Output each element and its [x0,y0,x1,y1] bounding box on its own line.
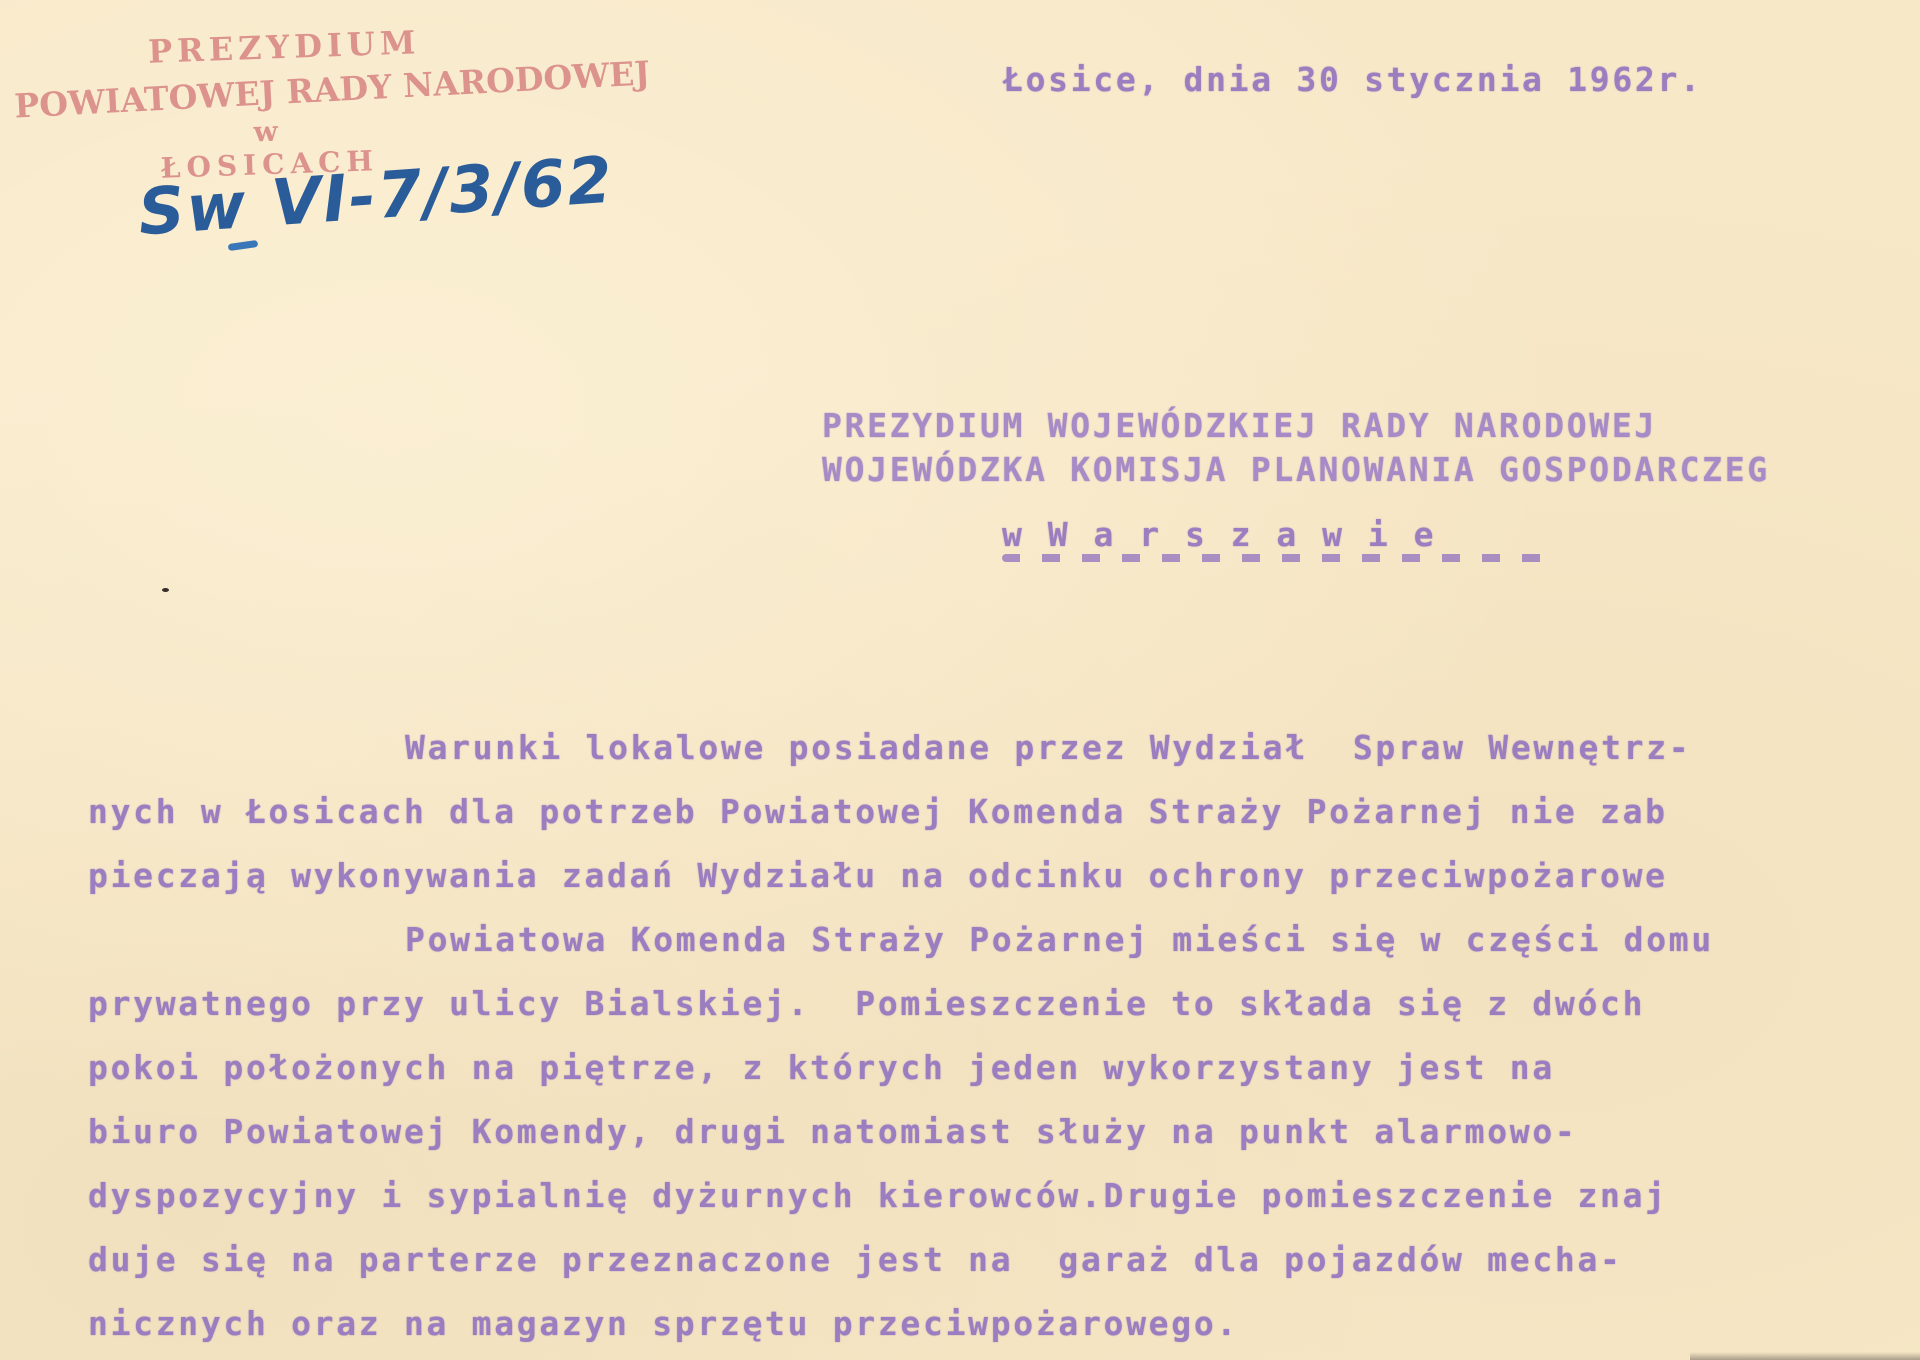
addressee-line-2: WOJEWÓDZKA KOMISJA PLANOWANIA GOSPODARCZ… [822,450,1770,489]
scanned-document-page: PREZYDIUM POWIATOWEJ RADY NARODOWEJ w ŁO… [0,0,1920,1360]
city-underline-dashes [1002,554,1557,562]
body-line: pokoi położonych na piętrze, z których j… [88,1048,1555,1087]
date-line: Łosice, dnia 30 stycznia 1962r. [1003,60,1703,99]
body-line: Powiatowa Komenda Straży Pożarnej mieści… [405,920,1714,959]
body-line: nych w Łosicach dla potrzeb Powiatowej K… [88,792,1668,831]
body-line: dyspozycyjny i sypialnię dyżurnych kiero… [88,1176,1668,1215]
body-line: pieczają wykonywania zadań Wydziału na o… [88,856,1668,895]
body-line: duje się na parterze przeznaczone jest n… [88,1240,1623,1279]
addressee-line-1: PREZYDIUM WOJEWÓDZKIEJ RADY NARODOWEJ [822,406,1657,445]
body-line: nicznych oraz na magazyn sprzętu przeciw… [88,1304,1239,1343]
body-line: prywatnego przy ulicy Bialskiej. Pomiesz… [88,984,1645,1023]
addressee-city: w W a r s z a w i e [1002,515,1437,554]
paper-speck [162,588,169,592]
stamp-line-1: PREZYDIUM [147,23,420,70]
body-line: Warunki lokalowe posiadane przez Wydział… [405,728,1691,767]
body-line: biuro Powiatowej Komendy, drugi natomias… [88,1112,1577,1151]
page-bottom-edge [1690,1352,1920,1360]
